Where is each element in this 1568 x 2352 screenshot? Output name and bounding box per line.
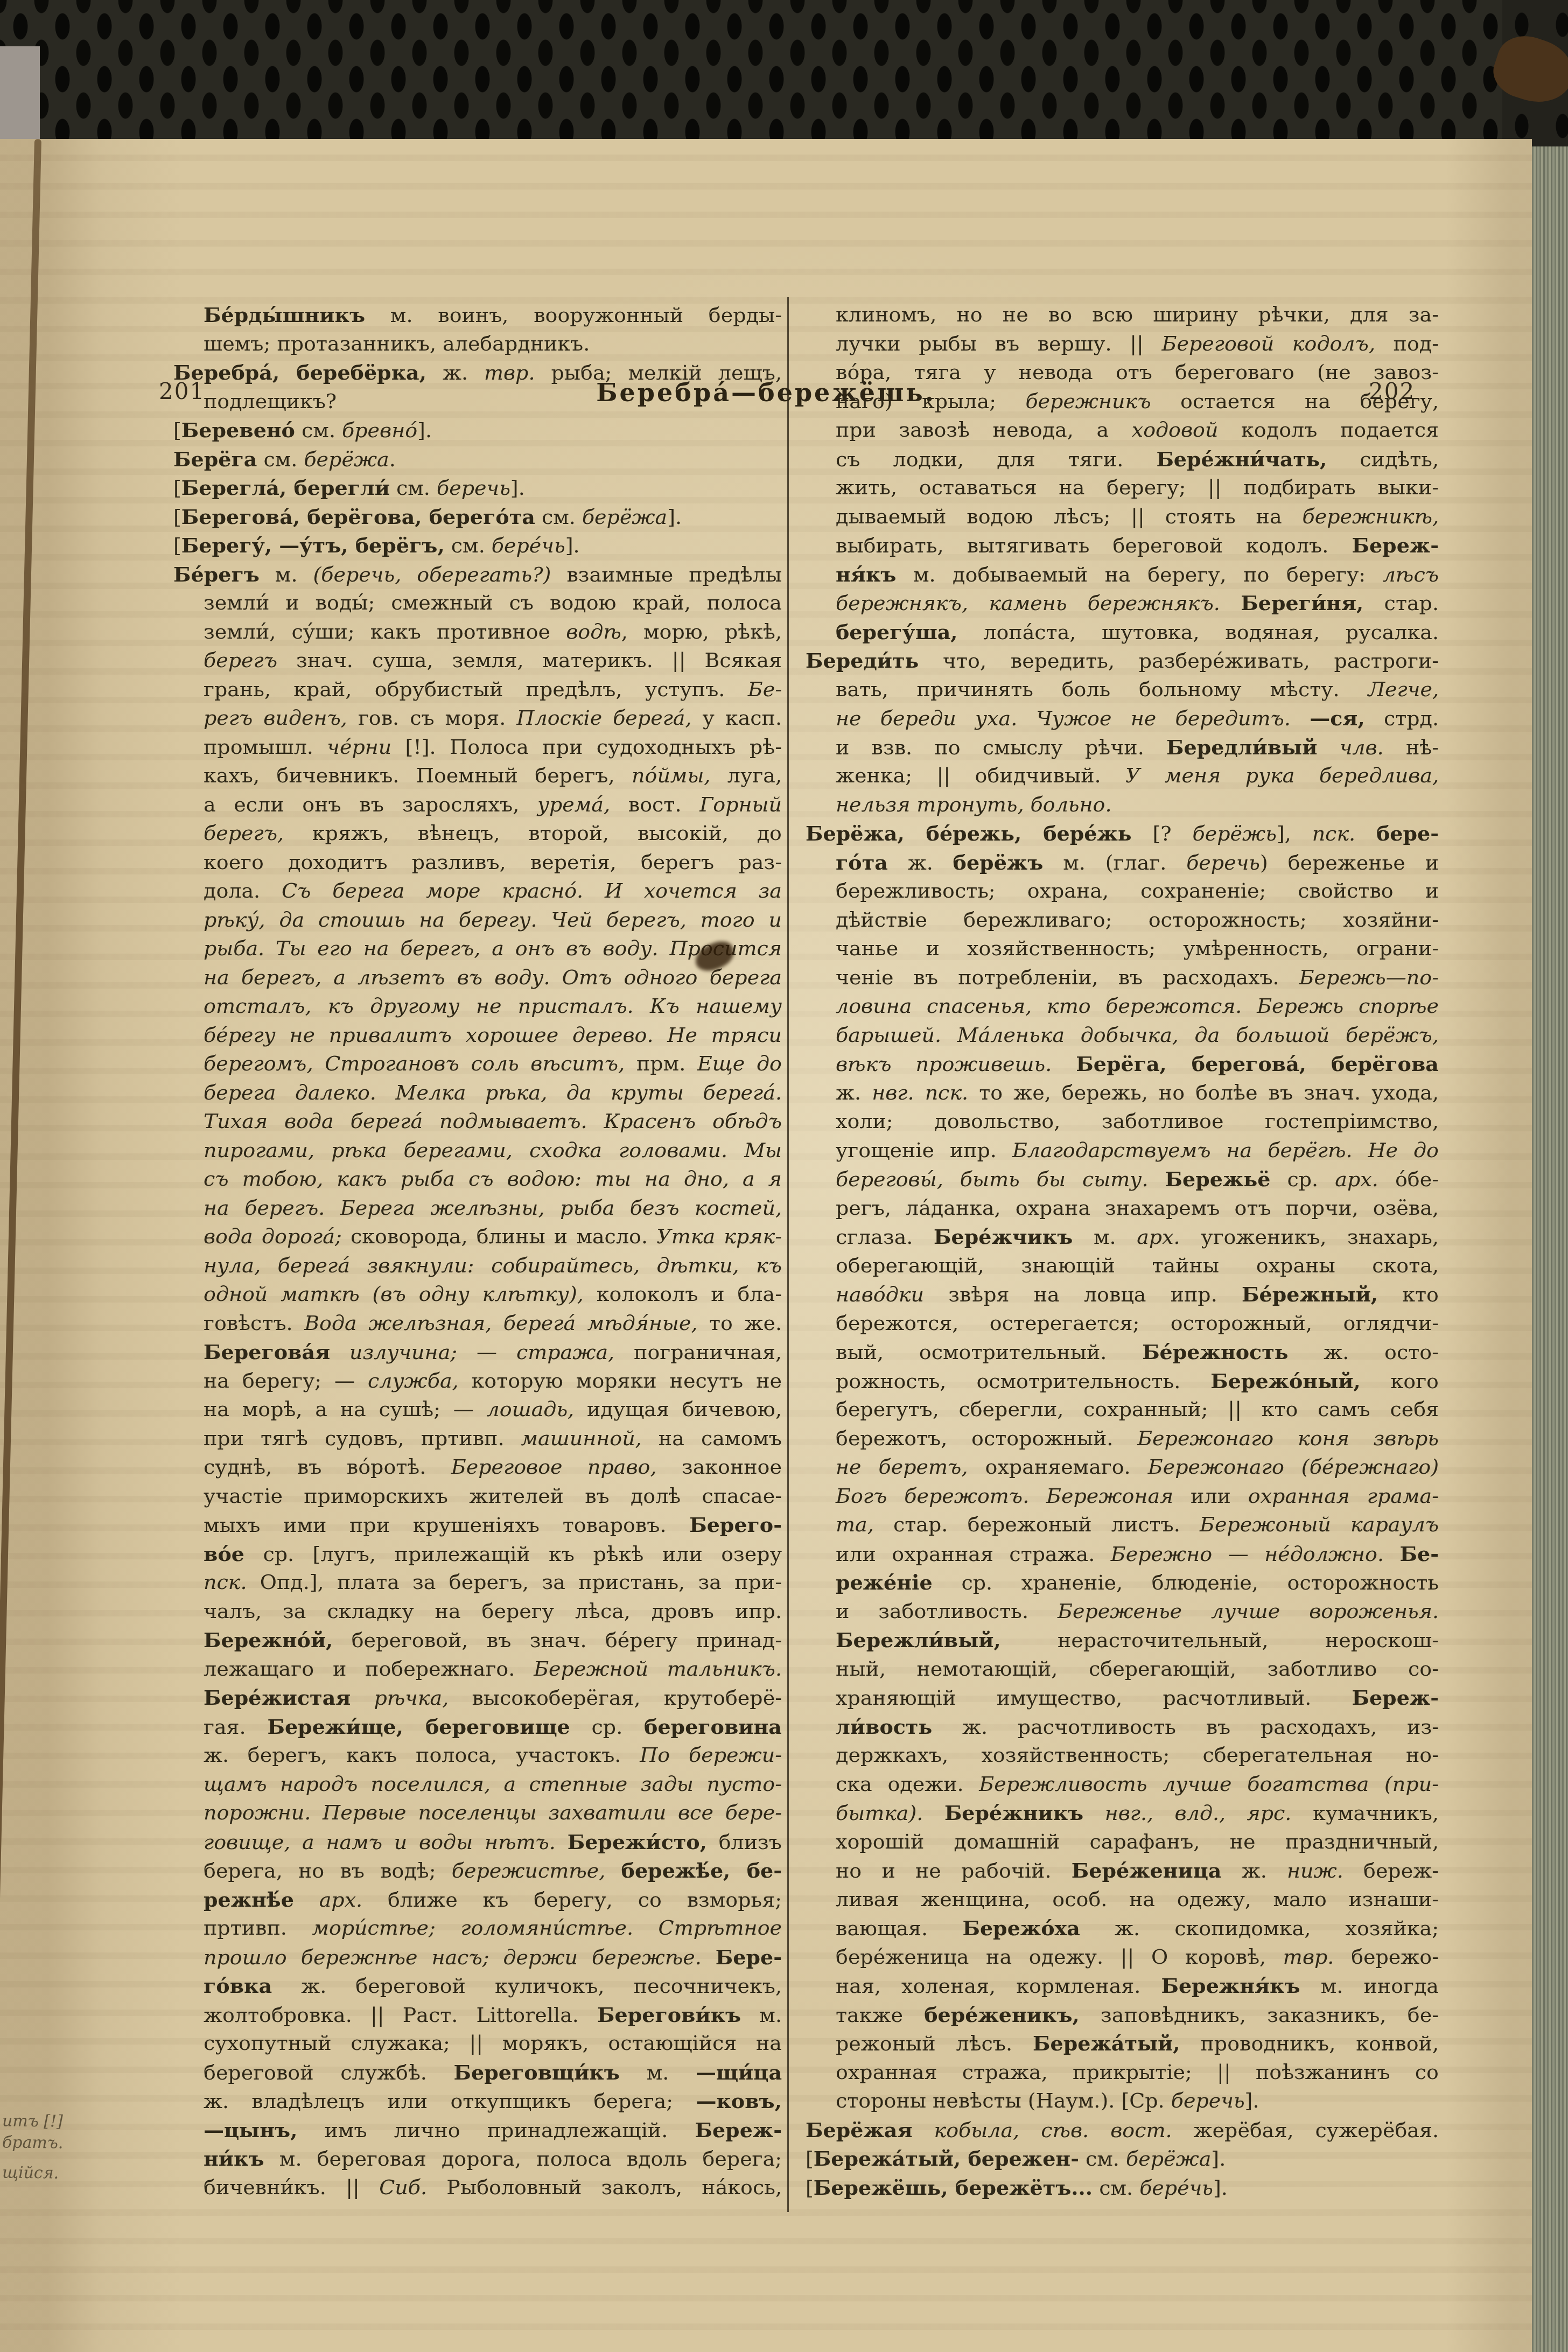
dictionary-text-line: жолтобровка. || Раст. Littorella. Берего… [173,2000,782,2029]
dictionary-text-line: одной маткѣ (въ одну клѣтку), колоколъ и… [173,1280,782,1309]
dictionary-text-line: бичевни́къ. || Сиб. Рыболовный заколъ, н… [173,2173,782,2202]
dictionary-text-line: [Берегу́, —у́тъ, берёгъ, см. бере́чь]. [173,531,782,560]
dictionary-text-line: клиномъ, но не во всю ширину рѣчки, для … [806,300,1439,330]
book-scan-photo: 201 Беребра́—бережёшь. 202 Бе́рды́шникъ … [0,0,1568,2352]
text-column-left: Бе́рды́шникъ м. воинъ, вооружонный берды… [173,300,782,2202]
dictionary-text-line: гая. Бережи́ще, береговище ср. береговин… [173,1712,782,1741]
dictionary-text-line: женка; || обидчивый. У меня рука бередли… [806,761,1439,790]
dictionary-text-line: при тягѣ судовъ, пртивп. машинной, на са… [173,1424,782,1453]
dictionary-text-line: наго) крыла; бережникъ остается на берег… [806,387,1439,416]
dictionary-text-line: и заботливость. Береженье лучше ворожень… [806,1597,1439,1626]
dictionary-text-line: го́вка ж. береговой куличокъ, песочничек… [173,1971,782,2000]
dictionary-text-line: нельзя тронуть, больно. [806,790,1439,820]
dictionary-text-line: храняющій имущество, расчотливый. Береж- [806,1683,1439,1712]
dictionary-text-line: [Берегла́, берегли́ см. беречь]. [173,473,782,502]
dictionary-text-line: Берёжа, бе́режь, бере́жь [? берёжь], пск… [806,819,1439,848]
dictionary-text-line: рѣку́, да стоишь на берегу. Чей берегъ, … [173,906,782,935]
dictionary-text-line: говѣстъ. Вода желѣзная, берега́ мѣдя́ные… [173,1309,782,1338]
dictionary-text-line: и взв. по смыслу рѣчи. Бередли́вый члв. … [806,733,1439,762]
dictionary-text-line: во́е ср. [лугъ, прилежащій къ рѣкѣ или о… [173,1539,782,1569]
dictionary-text-line: чанье и хозяйственность; умѣренность, ог… [806,934,1439,963]
dictionary-text-line: берегомъ, Строгановъ соль вѣситъ, прм. Е… [173,1049,782,1079]
dictionary-text-line: пртивп. мори́стѣе; голомяни́стѣе. Стрѣтн… [173,1914,782,1943]
dictionary-text-line: Бережно́й, береговой, въ знач. бе́регу п… [173,1626,782,1655]
dictionary-text-line: режнѣ́е арх. ближе къ берегу, со взморья… [173,1885,782,1914]
dictionary-text-line: на морѣ, а на сушѣ; — лошадь, идущая бич… [173,1395,782,1424]
dictionary-text-line: держкахъ, хозяйственность; сберегательна… [806,1741,1439,1770]
dictionary-text-line: дѣйствіе бережливаго; осторожность; хозя… [806,906,1439,935]
dictionary-text-line: барышей. Ма́ленька добычка, да большой б… [806,1021,1439,1050]
dictionary-text-line: бережливость; охрана, сохраненіе; свойст… [806,877,1439,906]
dictionary-text-line: рожность, осмотрительность. Бережо́ный, … [806,1367,1439,1396]
facing-page-text-fragment: братъ. [2,2133,64,2153]
dictionary-text-line: Бе́регъ м. (беречь, оберегать?) взаимные… [173,560,782,589]
dictionary-text-line: хорошій домашній сарафанъ, не праздничны… [806,1828,1439,1857]
book-fore-edge [1532,146,1568,2352]
dictionary-text-line: Берёжая кобыла, сѣв. вост. жерёбая, суже… [806,2116,1439,2145]
dictionary-text-line: го́та ж. берёжъ м. (глаг. беречь) береже… [806,848,1439,877]
dictionary-text-line: бере́женица на одежу. || О коровѣ, твр. … [806,1943,1439,1972]
dictionary-text-line: Бере́жистая рѣчка, высокоберёгая, крутоб… [173,1683,782,1712]
camera-mat-background [0,0,1568,146]
dictionary-text-line: земли́, су́ши; какъ противное водѣ, морю… [173,618,782,647]
dictionary-text-line: ченіе въ потребленіи, въ расходахъ. Бере… [806,963,1439,992]
dictionary-text-line: пск. Опд.], плата за берегъ, за пристань… [173,1568,782,1597]
dictionary-text-line: жить, оставаться на берегу; || подбирать… [806,473,1439,502]
dictionary-text-line: суднѣ, въ во́ротѣ. Береговое право, зако… [173,1453,782,1482]
dictionary-text-line: выбирать, вытягивать береговой кодолъ. Б… [806,531,1439,560]
dictionary-text-line: кахъ, бичевникъ. Поемный берегъ, по́ймы,… [173,761,782,790]
dictionary-text-line: вода дорога́; сковорода, блины и масло. … [173,1222,782,1251]
dictionary-text-line: прошло бережнѣе насъ; держи бережѣе. Бер… [173,1943,782,1972]
dictionary-text-line: берегъ знач. суша, земля, материкъ. || В… [173,646,782,675]
dictionary-text-line: на берегу; — служба, которую моряки несу… [173,1367,782,1396]
dictionary-text-line: лучки рыбы въ вершу. || Береговой кодолъ… [806,330,1439,359]
dictionary-text-line: бережотъ, осторожный. Бережонаго коня зв… [806,1424,1439,1453]
dictionary-text-line: но и не рабочій. Бере́женица ж. ниж. бер… [806,1856,1439,1885]
dictionary-text-line: береговой службѣ. Береговщи́къ м. —щи́ца [173,2058,782,2087]
dictionary-text-line: Богъ бережотъ. Бережоная или охранная гр… [806,1482,1439,1511]
dictionary-text-line: регъ виденъ, гов. съ моря. Плоскіе берег… [173,704,782,733]
dictionary-text-line: дываемый водою лѣсъ; || стоять на бережн… [806,502,1439,531]
dictionary-text-line: Берегова́я излучина; — стража, пограничн… [173,1338,782,1367]
dictionary-text-line: сухопутный служака; || морякъ, остающійс… [173,2029,782,2058]
dictionary-text-line: ня́къ м. добываемый на берегу, по берегу… [806,560,1439,589]
dictionary-text-line: ливая женщина, особ. на одежу, мало изна… [806,1885,1439,1914]
dictionary-text-line: регъ, ла́данка, охрана знахаремъ отъ пор… [806,1194,1439,1223]
dictionary-text-line: ска одежи. Бережливость лучше богатства … [806,1770,1439,1799]
dictionary-text-line: вый, осмотрительный. Бе́режность ж. осто… [806,1338,1439,1367]
dictionary-text-line: стороны невѣсты (Наум.). [Ср. беречь]. [806,2087,1439,2116]
dictionary-text-line: отсталъ, къ другому не присталъ. Къ наше… [173,992,782,1021]
dictionary-text-line: вающая. Бережо́ха ж. скопидомка, хозяйка… [806,1914,1439,1943]
dictionary-text-line: бережотся, остерегается; осторожный, огл… [806,1309,1439,1338]
dictionary-text-line: пирогами, рѣка берегами, сходка головами… [173,1136,782,1165]
dictionary-text-line: Бе́рды́шникъ м. воинъ, вооружонный берды… [173,300,782,330]
dictionary-text-line: вать, причинять боль больному мѣсту. Лег… [806,675,1439,704]
dictionary-text-line: [Бережёшь, бережётъ... см. бере́чь]. [806,2173,1439,2202]
dictionary-text-line: земли́ и воды́; смежный съ водою край, п… [173,589,782,618]
dictionary-text-line: берега далеко. Мелка рѣка, да круты бере… [173,1079,782,1108]
dictionary-text-line: угощеніе ипр. Благодарствуемъ на берёгѣ.… [806,1136,1439,1165]
facing-page-corner [0,46,40,142]
dictionary-text-line: ж. нвг. пск. то же, бережь, но болѣе въ … [806,1079,1439,1108]
dictionary-text-line: промышл. че́рни [!]. Полоса при судоходн… [173,733,782,762]
dictionary-text-line: чалъ, за складку на берегу лѣса, дровъ и… [173,1597,782,1626]
dictionary-text-line: берега, но въ водѣ; бережистѣе, бережѣ́е… [173,1856,782,1885]
dictionary-text-line: ни́къ м. береговая дорога, полоса вдоль … [173,2144,782,2173]
dictionary-text-line: грань, край, обрубистый предѣлъ, уступъ.… [173,675,782,704]
dictionary-text-line: коего доходитъ разливъ, веретія, берегъ … [173,848,782,877]
dictionary-text-line: бе́регу не привалитъ хорошее дерево. Не … [173,1021,782,1050]
dictionary-text-line: наво́дки звѣря на ловца ипр. Бе́режный, … [806,1280,1439,1309]
dictionary-text-line: берегу́ша, лопа́ста, шутовка, водяная, р… [806,618,1439,647]
dictionary-text-line: [Бережа́тый, бережен- см. берёжа]. [806,2144,1439,2173]
dictionary-text-line: ж. берегъ, какъ полоса, участокъ. По бер… [173,1741,782,1770]
column-divider-rule [787,297,789,2212]
dictionary-text-line: [Беревено́ см. бревно́]. [173,416,782,445]
dictionary-text-line: также бере́женикъ, заповѣдникъ, заказник… [806,2000,1439,2029]
dictionary-text-line: на берегъ, а лѣзетъ въ воду. Отъ одного … [173,963,782,992]
dictionary-text-line: щамъ народъ поселился, а степные зады пу… [173,1770,782,1799]
dictionary-text-line: ный, немотающій, сберегающій, заботливо … [806,1655,1439,1684]
dictionary-text-line: Беребра́, беребёрка, ж. твр. рыба; мелкі… [173,358,782,387]
dictionary-text-line: говище, а намъ и воды нѣтъ. Бережи́сто, … [173,1828,782,1857]
dictionary-text-line: подлещикъ? [173,387,782,416]
dictionary-text-line: или охранная стража. Бережно — не́должно… [806,1539,1439,1569]
dictionary-text-line: охранная стража, прикрытіе; || поѣзжанин… [806,2058,1439,2087]
dictionary-text-line: ловина спасенья, кто бережотся. Бережь с… [806,992,1439,1021]
dictionary-text-line: Бережли́вый, нерасточительный, нероскош- [806,1626,1439,1655]
dictionary-text-line: порожни. Первые поселенцы захватили все … [173,1798,782,1828]
dictionary-text-line: Тихая вода берега́ подмываетъ. Красенъ о… [173,1107,782,1136]
dictionary-text-line: ли́вость ж. расчотливость въ расходахъ, … [806,1712,1439,1741]
dictionary-text-line: реже́ніе ср. храненіе, блюденіе, осторож… [806,1568,1439,1597]
dictionary-text-line: съ лодки, для тяги. Бере́жни́чать, сидѣт… [806,445,1439,474]
dictionary-text-line: а если онъ въ заросляхъ, урема́, вост. Г… [173,790,782,820]
dictionary-text-line: дола. Съ берега море красно́. И хочется … [173,877,782,906]
dictionary-text-line: бережнякъ, камень бережнякъ. Береги́ня, … [806,589,1439,618]
dictionary-text-line: не беретъ, охраняемаго. Бережонаго (бе́р… [806,1453,1439,1482]
dictionary-text-line: режоный лѣсъ. Бережа́тый, проводникъ, ко… [806,2029,1439,2058]
dictionary-text-line: —цынъ, имъ лично принадлежащій. Береж- [173,2116,782,2145]
dictionary-text-line: холи; довольство, заботливое гостепріимс… [806,1107,1439,1136]
facing-page-text-fragment: итъ [!] [2,2112,63,2131]
dictionary-text-line: мыхъ ими при крушеніяхъ товаровъ. Берего… [173,1510,782,1539]
dictionary-text-line: ж. владѣлецъ или откупщикъ берега; —ковъ… [173,2087,782,2116]
dictionary-text-line: участіе приморскихъ жителей въ долѣ спас… [173,1482,782,1511]
dictionary-text-line: берегъ, кряжъ, вѣнецъ, второй, высокій, … [173,819,782,848]
dictionary-text-line: шемъ; протазанникъ, алебардникъ. [173,330,782,359]
dictionary-text-line: нула, берега́ звякнули: собирайтесь, дѣт… [173,1251,782,1280]
dictionary-text-line: съ тобою, какъ рыба съ водою: ты на дно,… [173,1165,782,1194]
dictionary-text-line: [Берегова́, берёгова, берего́та см. берё… [173,502,782,531]
dictionary-text-line: бытка). Бере́жникъ нвг., влд., ярс. кума… [806,1798,1439,1828]
dictionary-text-line: Береди́ть что, вередить, разбере́живать,… [806,646,1439,675]
dictionary-text-line: рыба. Ты его на берегъ, а онъ въ воду. П… [173,934,782,963]
dictionary-text-line: во́ра, тяга у невода отъ береговаго (не … [806,358,1439,387]
text-column-right: клиномъ, но не во всю ширину рѣчки, для … [806,300,1439,2202]
dictionary-text-line: не береди уха. Чужое не бередитъ. —ся, с… [806,704,1439,733]
dictionary-text-line: сглаза. Бере́жчикъ м. арх. угоженикъ, зн… [806,1222,1439,1251]
facing-page-text-fragment: щійся. [2,2164,59,2183]
dictionary-text-line: берегутъ, сберегли, сохранный; || кто са… [806,1395,1439,1424]
dictionary-text-line: ная, холеная, кормленая. Бережня́къ м. и… [806,1971,1439,2000]
dictionary-text-line: лежащаго и побережнаго. Бережной тальник… [173,1655,782,1684]
dictionary-text-line: оберегающій, знающій тайны охраны скота, [806,1251,1439,1280]
dictionary-text-line: на берегъ. Берега желѣзны, рыба безъ кос… [173,1194,782,1223]
dictionary-text-line: при завозѣ невода, а ходовой кодолъ пода… [806,416,1439,445]
dictionary-text-line: вѣкъ проживешь. Берёга, берегова́, берёг… [806,1049,1439,1079]
dictionary-text-line: береговы́, быть бы сыту. Бережьё ср. арх… [806,1165,1439,1194]
dictionary-text-line: Берёга см. берёжа. [173,445,782,474]
dictionary-text-line: та, стар. бережоный листъ. Бережоный кар… [806,1510,1439,1539]
